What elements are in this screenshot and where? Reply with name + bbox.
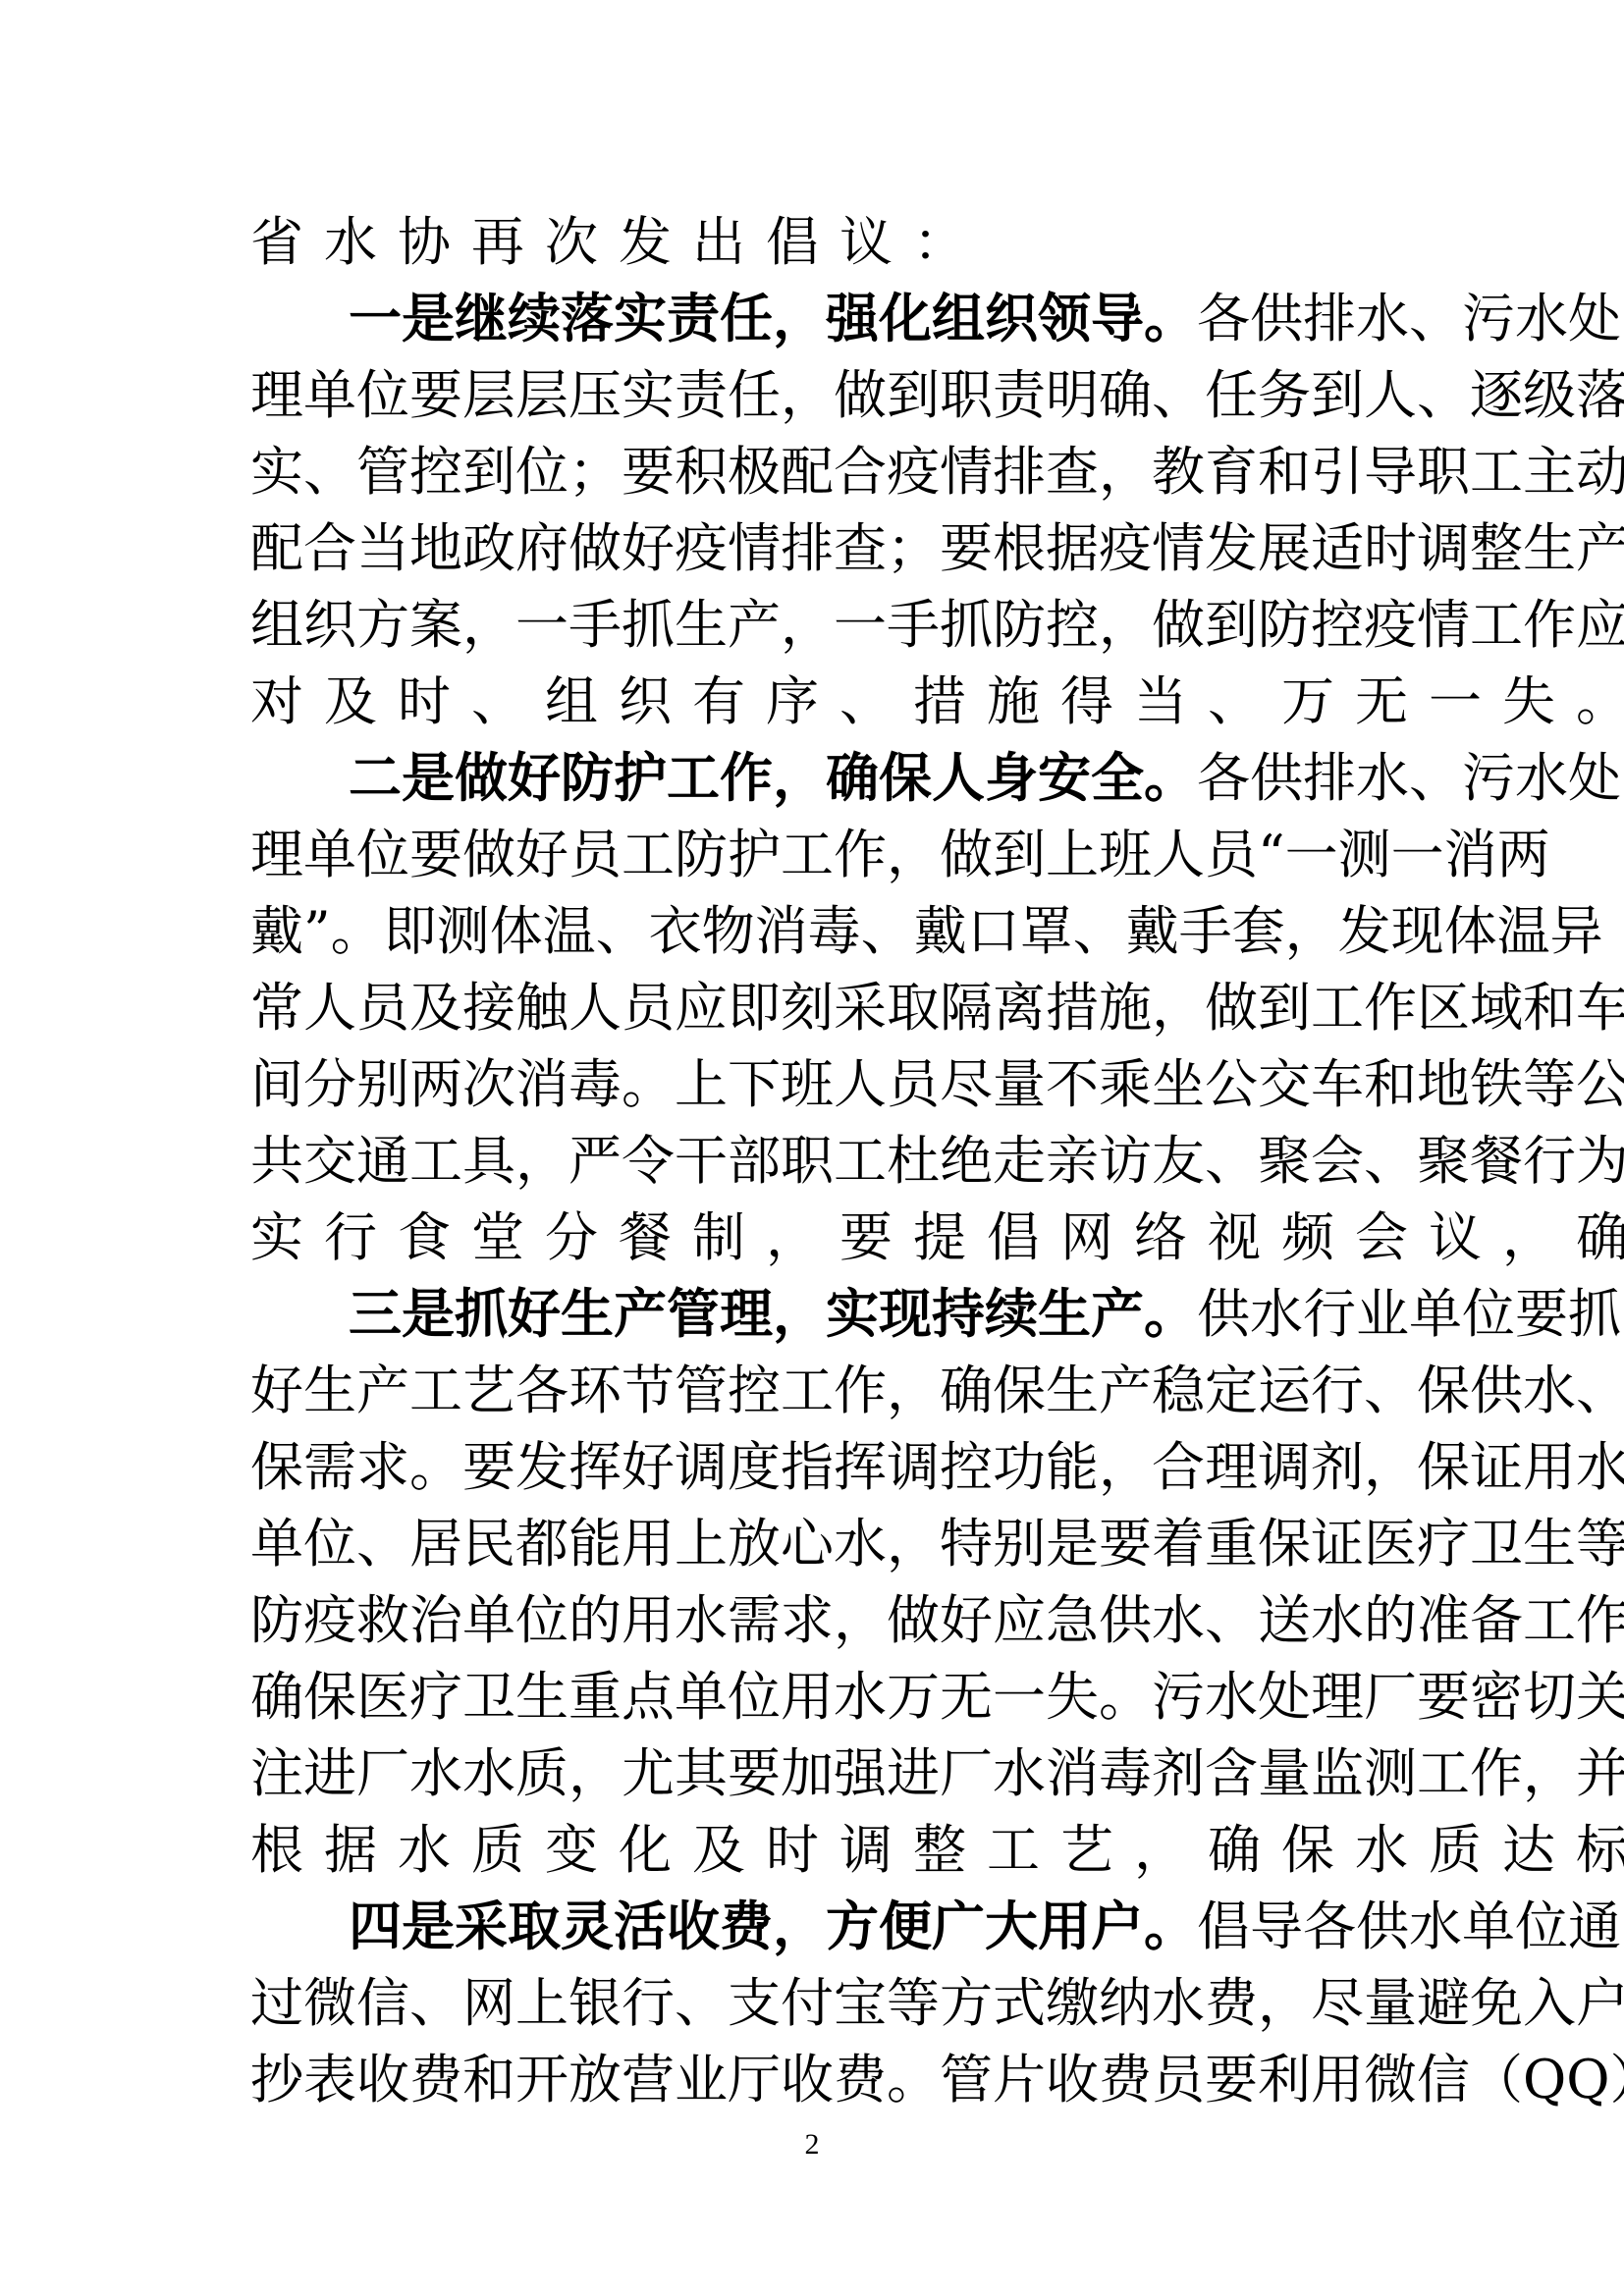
body-text-run: 抄表收费和开放营业厅收费。管片收费员要利用微信（QQ） [250, 2049, 1624, 2110]
body-text-run: 间分别两次消毒。上下班人员尽量不乘坐公交车和地铁等公 [250, 1053, 1624, 1115]
body-text-run: 注进厂水水质，尤其要加强进厂水消毒剂含量监测工作，并 [250, 1742, 1624, 1804]
body-text-run: 常人员及接触人员应即刻采取隔离措施，做到工作区域和车 [250, 977, 1624, 1039]
body-text-run: 对及时、组织有序、措施得当、万无一失。 [250, 670, 1624, 732]
text-line: 确保医疗卫生重点单位用水万无一失。污水处理厂要密切关 [250, 1659, 1378, 1735]
body-text-run: 配合当地政府做好疫情排查；要根据疫情发展适时调整生产 [250, 517, 1624, 579]
body-text-run: 各供排水、污水处 [1197, 288, 1621, 349]
text-line: 根据水质变化及时调整工艺，确保水质达标排放。 [250, 1812, 1378, 1889]
body-text-run: 确保医疗卫生重点单位用水万无一失。污水处理厂要密切关 [250, 1666, 1624, 1728]
body-text-run: 各供排水、污水处 [1197, 747, 1621, 809]
body-text-run: 省水协再次发出倡议： [250, 211, 987, 273]
body-text-run: 组织方案，一手抓生产，一手抓防控，做到防控疫情工作应 [250, 594, 1624, 656]
text-line: 注进厂水水质，尤其要加强进厂水消毒剂含量监测工作，并 [250, 1735, 1378, 1812]
text-line: 理单位要层层压实责任，做到职责明确、任务到人、逐级落 [250, 357, 1378, 434]
text-line: 保需求。要发挥好调度指挥调控功能，合理调剂，保证用水 [250, 1429, 1378, 1506]
text-line: 实、管控到位；要积极配合疫情排查，教育和引导职工主动 [250, 434, 1378, 510]
page-number: 2 [0, 2128, 1624, 2162]
text-line: 常人员及接触人员应即刻采取隔离措施，做到工作区域和车 [250, 970, 1378, 1046]
body-text: 省水协再次发出倡议： 一是继续落实责任，强化组织领导。各供排水、污水处 理单位要… [250, 204, 1378, 2118]
body-text-run: 根据水质变化及时调整工艺，确保水质达标排放。 [250, 1819, 1624, 1881]
text-line: 戴”。即测体温、衣物消毒、戴口罩、戴手套，发现体温异 [250, 893, 1378, 970]
text-line: 防疫救治单位的用水需求，做好应急供水、送水的准备工作， [250, 1582, 1378, 1659]
text-line: 四是采取灵活收费，方便广大用户。倡导各供水单位通 [250, 1889, 1378, 1965]
text-line: 共交通工具，严令干部职工杜绝走亲访友、聚会、聚餐行为， [250, 1123, 1378, 1200]
body-text-run: 共交通工具，严令干部职工杜绝走亲访友、聚会、聚餐行为， [250, 1130, 1624, 1192]
body-text-run: 实、管控到位；要积极配合疫情排查，教育和引导职工主动 [250, 441, 1624, 503]
text-line: 组织方案，一手抓生产，一手抓防控，做到防控疫情工作应 [250, 587, 1378, 664]
text-line: 间分别两次消毒。上下班人员尽量不乘坐公交车和地铁等公 [250, 1046, 1378, 1123]
text-line: 单位、居民都能用上放心水，特别是要着重保证医疗卫生等 [250, 1506, 1378, 1582]
body-text-run: 供水行业单位要抓 [1197, 1283, 1621, 1345]
heading-text: 四是采取灵活收费，方便广大用户。 [349, 1896, 1197, 1957]
text-line: 理单位要做好员工防护工作，做到上班人员“一测一消两 [250, 817, 1378, 893]
text-line: 一是继续落实责任，强化组织领导。各供排水、污水处 [250, 281, 1378, 357]
text-line: 对及时、组织有序、措施得当、万无一失。 [250, 664, 1378, 740]
body-text-run: 单位、居民都能用上放心水，特别是要着重保证医疗卫生等 [250, 1513, 1624, 1575]
heading-text: 一是继续落实责任，强化组织领导。 [349, 288, 1197, 349]
body-text-run: 好生产工艺各环节管控工作，确保生产稳定运行、保供水、 [250, 1360, 1624, 1421]
text-line: 省水协再次发出倡议： [250, 204, 1378, 281]
text-line: 配合当地政府做好疫情排查；要根据疫情发展适时调整生产 [250, 510, 1378, 587]
document-page: 省水协再次发出倡议： 一是继续落实责任，强化组织领导。各供排水、污水处 理单位要… [0, 0, 1624, 2296]
body-text-run: 实行食堂分餐制，要提倡网络视频会议，确保员工安全。 [250, 1206, 1624, 1268]
text-line: 过微信、网上银行、支付宝等方式缴纳水费，尽量避免入户 [250, 1965, 1378, 2042]
text-line: 抄表收费和开放营业厅收费。管片收费员要利用微信（QQ） [250, 2042, 1378, 2118]
text-line: 实行食堂分餐制，要提倡网络视频会议，确保员工安全。 [250, 1200, 1378, 1276]
body-text-run: 倡导各供水单位通 [1197, 1896, 1621, 1957]
body-text-run: 防疫救治单位的用水需求，做好应急供水、送水的准备工作， [250, 1589, 1624, 1651]
text-line: 三是抓好生产管理，实现持续生产。供水行业单位要抓 [250, 1276, 1378, 1353]
heading-text: 三是抓好生产管理，实现持续生产。 [349, 1283, 1197, 1345]
text-line: 二是做好防护工作，确保人身安全。各供排水、污水处 [250, 740, 1378, 817]
text-line: 好生产工艺各环节管控工作，确保生产稳定运行、保供水、 [250, 1353, 1378, 1429]
heading-text: 二是做好防护工作，确保人身安全。 [349, 747, 1197, 809]
body-text-run: 理单位要层层压实责任，做到职责明确、任务到人、逐级落 [250, 364, 1624, 426]
body-text-run: 保需求。要发挥好调度指挥调控功能，合理调剂，保证用水 [250, 1436, 1624, 1498]
body-text-run: 戴”。即测体温、衣物消毒、戴口罩、戴手套，发现体温异 [250, 900, 1603, 962]
body-text-run: 理单位要做好员工防护工作，做到上班人员“一测一消两 [250, 824, 1550, 885]
body-text-run: 过微信、网上银行、支付宝等方式缴纳水费，尽量避免入户 [250, 1972, 1624, 2034]
